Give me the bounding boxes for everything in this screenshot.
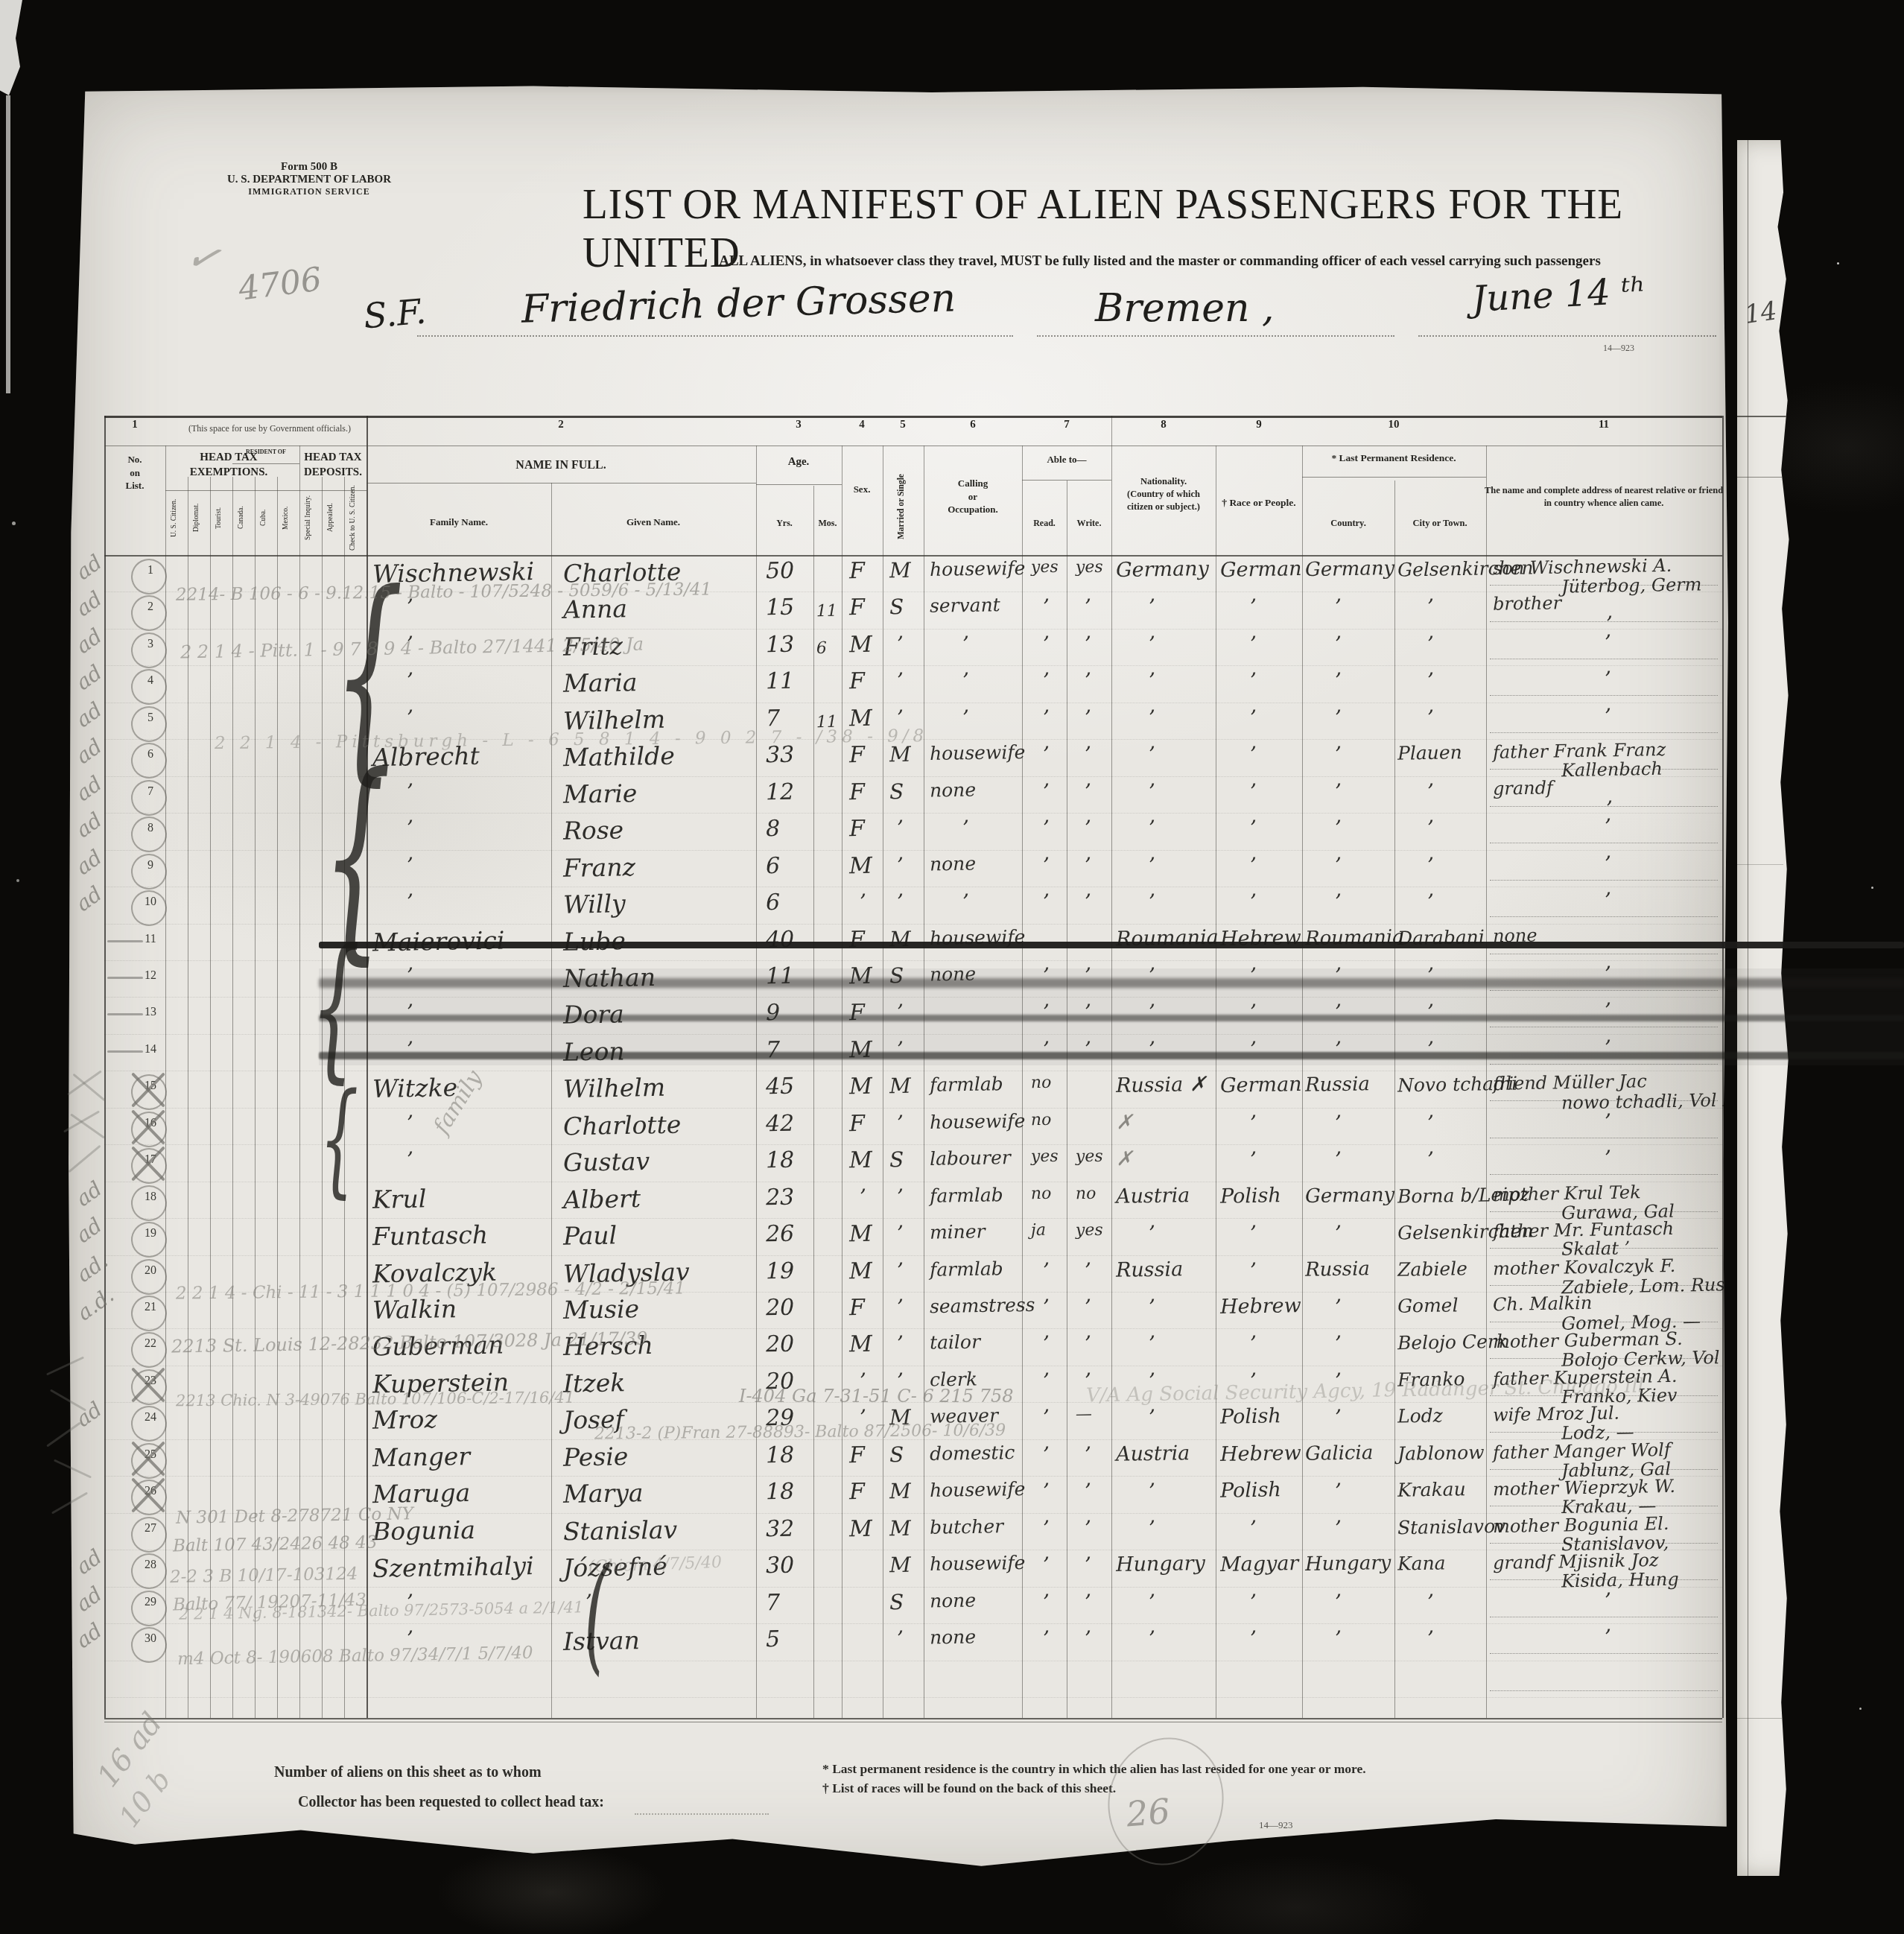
cell-f: ’ xyxy=(407,1111,413,1135)
cell-g: Lube xyxy=(563,926,626,956)
cell-wr: ’ xyxy=(1085,1258,1091,1282)
cell-r1: none xyxy=(1493,925,1538,946)
cell-sx: ’ xyxy=(860,1369,866,1393)
cell-co: ’ xyxy=(1335,1626,1342,1651)
cell-wr: — xyxy=(1076,1405,1092,1424)
header-no-list: No. on List. xyxy=(112,453,157,492)
cell-f: Funtasch xyxy=(372,1220,489,1252)
ship-name-line xyxy=(417,335,1013,337)
header-write: Write. xyxy=(1068,517,1110,529)
cell-sx: F xyxy=(849,926,865,952)
manifest-row: 26MarugaMarya18FMhousewife’’’Polish’Krak… xyxy=(69,1476,1730,1513)
cell-ci: ’ xyxy=(1427,1147,1434,1172)
cell-g: Willy xyxy=(563,889,626,919)
cell-ra: ’ xyxy=(1250,1516,1257,1541)
cell-co: Russia xyxy=(1305,1258,1370,1281)
cell-ms: ’ xyxy=(897,1185,904,1209)
margin-note: ad xyxy=(72,697,107,732)
rule-line xyxy=(1302,477,1486,478)
cell-ms: ’ xyxy=(897,1221,904,1246)
cell-y: 15 xyxy=(766,595,795,621)
cell-sx: M xyxy=(849,1147,872,1174)
cell-ms: S xyxy=(889,595,904,619)
cell-wr: ’ xyxy=(1085,1295,1091,1319)
cell-ra: ’ xyxy=(1250,1037,1257,1062)
cell-y: 11 xyxy=(766,668,795,695)
manifest-row: 2ad’Anna1511FSservant’’’’’’brother’ xyxy=(69,592,1730,629)
cell-f: Krul xyxy=(372,1184,427,1214)
cell-ms: M xyxy=(889,742,911,767)
header-name-full: NAME IN FULL. xyxy=(449,457,673,474)
manifest-row: 22GubermanHersch20M’tailor’’’’’Belojo Ce… xyxy=(69,1328,1730,1366)
cell-na: ’ xyxy=(1149,1221,1155,1246)
cell-g: Stanislav xyxy=(563,1515,678,1546)
cell-ci: Lodz xyxy=(1397,1405,1443,1427)
cell-na: ’ xyxy=(1149,779,1155,804)
cell-c: ’ xyxy=(962,890,969,914)
cell-y: 11 xyxy=(766,963,795,990)
cell-rd: ’ xyxy=(1043,779,1050,804)
cell-f: Bogunia xyxy=(372,1515,476,1545)
cell-g: Wladyslav xyxy=(563,1257,690,1288)
cell-sx: M xyxy=(849,1515,872,1542)
header-exemption-sub: Diplomat. xyxy=(193,484,200,551)
column-number: 7 xyxy=(1052,419,1082,431)
cell-c: housewife xyxy=(930,925,1026,948)
cell-wr: ’ xyxy=(1085,1626,1091,1651)
cell-rd: ’ xyxy=(1043,1369,1050,1393)
margin-note: ad xyxy=(72,881,107,916)
cell-c: none xyxy=(930,1589,977,1611)
cell-ci: ’ xyxy=(1427,1111,1434,1135)
cell-f: ’ xyxy=(407,595,413,619)
cell-y: 8 xyxy=(766,816,781,842)
cell-r1: ’ xyxy=(1605,888,1611,913)
cell-f: Maierovici xyxy=(372,925,505,957)
cell-ra: Magyar xyxy=(1220,1552,1299,1576)
cell-ra: Hebrew xyxy=(1220,926,1301,951)
cell-na: ’ xyxy=(1149,1295,1155,1319)
rule-line xyxy=(104,1722,1722,1722)
cell-f: Szentmihalyi xyxy=(372,1551,534,1583)
footer-note-left-2: Collector has been requested to collect … xyxy=(298,1794,604,1811)
cell-na: ’ xyxy=(1149,1590,1155,1614)
cell-sx: F xyxy=(849,668,865,694)
cell-y: 50 xyxy=(766,558,795,585)
cell-f: Witzke xyxy=(372,1073,458,1103)
cell-sx: F xyxy=(849,742,865,768)
manifest-row: 27BoguniaStanislav32MMbutcher’’’’’Stanis… xyxy=(69,1513,1730,1550)
cell-rd: ’ xyxy=(1043,742,1050,767)
crossed-out-dash xyxy=(107,940,143,942)
next-page-rule xyxy=(1737,1718,1782,1719)
cell-na: Austria xyxy=(1116,1442,1190,1466)
cell-y: 42 xyxy=(766,1110,795,1137)
manifest-row: 24adMrozJosef29’Mweaver’—’Polish’Lodzwif… xyxy=(69,1402,1730,1439)
cell-g: Dora xyxy=(563,1000,624,1030)
cell-g: Wilhelm xyxy=(563,705,666,735)
cell-r1: ’ xyxy=(1605,998,1611,1023)
cell-rd: ’ xyxy=(1043,668,1050,693)
cell-ms: ’ xyxy=(897,1331,904,1356)
cell-ra: ’ xyxy=(1250,890,1257,914)
column-number: 11 xyxy=(1589,419,1619,431)
cell-f: ’ xyxy=(407,890,413,914)
cell-f: Walkin xyxy=(372,1294,457,1325)
cell-sx: M xyxy=(849,706,872,732)
header-exemption-sub: Canada. xyxy=(238,484,245,551)
row-separator xyxy=(104,1697,1722,1698)
cell-ra: ’ xyxy=(1250,1626,1257,1651)
cell-y: 20 xyxy=(766,1331,795,1358)
cell-co: ’ xyxy=(1335,816,1342,840)
cell-c: none xyxy=(930,963,977,985)
cell-wr: ’ xyxy=(1085,1590,1091,1614)
cell-co: Germany xyxy=(1305,557,1395,581)
row-number: 11 xyxy=(139,933,162,946)
cell-c: weaver xyxy=(930,1405,998,1428)
cell-y: 26 xyxy=(766,1221,795,1248)
cell-ra: ’ xyxy=(1250,779,1257,804)
form-number-block: Form 500 B U. S. DEPARTMENT OF LABOR IMM… xyxy=(216,161,402,197)
header-relative: The name and complete address of nearest… xyxy=(1477,484,1730,510)
cell-ra: Hebrew xyxy=(1220,1442,1301,1466)
cell-na: ’ xyxy=(1149,963,1155,988)
cell-g: Itzek xyxy=(563,1368,626,1398)
cell-na: ’ xyxy=(1149,1626,1155,1651)
film-edge-artifact xyxy=(1871,887,1873,889)
header-read: Read. xyxy=(1024,517,1065,529)
film-edge-artifact xyxy=(1837,262,1839,264)
header-mos: Mos. xyxy=(809,517,846,529)
cell-ms: ’ xyxy=(897,1037,904,1062)
cell-ra: ’ xyxy=(1250,632,1257,656)
cell-wr: ’ xyxy=(1085,853,1091,878)
cell-ci: Gomel xyxy=(1397,1294,1459,1316)
cell-na: ’ xyxy=(1149,1516,1155,1541)
cell-wr: ’ xyxy=(1085,1553,1091,1577)
cell-wr: ’ xyxy=(1085,1037,1091,1062)
cell-wr: ’ xyxy=(1085,1442,1091,1467)
cell-rd: ’ xyxy=(1043,1626,1050,1651)
cell-ci: ’ xyxy=(1427,853,1434,878)
film-edge-artifact xyxy=(0,0,22,95)
margin-note: ad xyxy=(72,550,107,585)
row-number: 13 xyxy=(139,1006,162,1019)
cell-c: none xyxy=(930,1626,977,1649)
cell-na: Roumania xyxy=(1116,925,1219,950)
cell-c: farmlab xyxy=(930,1073,1003,1096)
header-exemption-sub: Mexico. xyxy=(282,484,290,551)
manifest-row: 28adSzentmihalyiJózsefné30Mhousewife’’Hu… xyxy=(69,1550,1730,1587)
manifest-sheet: Form 500 B U. S. DEPARTMENT OF LABOR IMM… xyxy=(69,83,1728,1880)
cell-ci: ’ xyxy=(1427,1626,1434,1651)
cell-y: 9 xyxy=(766,1000,781,1026)
margin-note: ad xyxy=(72,734,107,769)
cell-rd: ’ xyxy=(1043,1405,1050,1430)
cell-r1: ’ xyxy=(1605,852,1611,876)
cell-c: ’ xyxy=(962,816,969,840)
cell-r1: ’ xyxy=(1605,1109,1611,1134)
cell-ci: ’ xyxy=(1427,1037,1434,1062)
cell-na: ’ xyxy=(1149,1000,1155,1024)
cell-ra: ’ xyxy=(1250,1147,1257,1172)
column-number: 10 xyxy=(1379,419,1409,431)
row-number-circle xyxy=(127,1623,171,1667)
cell-f: ’ xyxy=(407,1037,413,1062)
cell-sx: M xyxy=(849,1037,872,1064)
cell-rd: ’ xyxy=(1043,853,1050,878)
cell-c: ’ xyxy=(962,706,969,730)
cell-co: ’ xyxy=(1335,1295,1342,1319)
cell-sx: F xyxy=(849,1442,865,1468)
cell-wr: ’ xyxy=(1085,1369,1091,1393)
cell-f: Mroz xyxy=(372,1405,437,1436)
cell-y: 40 xyxy=(766,926,795,953)
cell-y: 45 xyxy=(766,1074,795,1100)
margin-note: ad xyxy=(72,1213,107,1248)
manifest-row: 7ad’Marie12FSnone’’’’’’grandf’ xyxy=(69,776,1730,814)
cell-y: 5 xyxy=(766,1626,781,1652)
cell-rd: ’ xyxy=(1043,816,1050,840)
cell-y: 32 xyxy=(766,1515,795,1542)
cell-na: Germany xyxy=(1116,557,1209,582)
rule-line xyxy=(756,484,842,485)
cell-ra: ’ xyxy=(1250,963,1257,988)
cell-y: 19 xyxy=(766,1258,795,1284)
cell-sx: M xyxy=(849,1258,872,1284)
manifest-row: 25MangerPesie18FSdomestic’’AustriaHebrew… xyxy=(69,1439,1730,1477)
cell-sx: F xyxy=(849,558,865,584)
cell-sx: F xyxy=(849,779,865,805)
cell-ci: Jablonow xyxy=(1397,1442,1485,1465)
cell-co: Roumania xyxy=(1305,925,1404,949)
cell-ci: ’ xyxy=(1427,1000,1434,1024)
column-number: 6 xyxy=(958,419,988,431)
cell-wr: ’ xyxy=(1085,816,1091,840)
cell-wr: ’ xyxy=(1085,779,1091,804)
cell-f: ’ xyxy=(407,1147,413,1172)
cell-c: ’ xyxy=(962,632,969,656)
manifest-row: 17’Gustav18MSlaboureryesyes✗’’’’ xyxy=(69,1144,1730,1182)
cell-sx: F xyxy=(849,816,865,842)
cell-f: ’ xyxy=(407,1590,413,1614)
cell-wr: ’ xyxy=(1085,742,1091,767)
cell-wr: yes xyxy=(1076,558,1103,577)
cell-ci: ’ xyxy=(1427,890,1434,914)
cell-y: 33 xyxy=(766,742,795,769)
cell-ms: M xyxy=(889,926,911,951)
header-age: Age. xyxy=(769,454,828,469)
header-country: Country. xyxy=(1307,517,1389,530)
cell-g: Marya xyxy=(563,1478,644,1509)
cell-ms: M xyxy=(889,558,911,583)
cell-y: 18 xyxy=(766,1147,795,1174)
cell-ms: S xyxy=(889,779,904,804)
cell-ms: ’ xyxy=(897,1111,904,1135)
cell-co: ’ xyxy=(1335,1331,1342,1356)
cell-na: ’ xyxy=(1149,706,1155,730)
cell-r1: ’ xyxy=(1605,667,1611,691)
cell-rd: ’ xyxy=(1043,1442,1050,1467)
cell-co: ’ xyxy=(1335,890,1342,914)
cell-sx: F xyxy=(849,595,865,621)
family-group-brace: { xyxy=(311,929,361,1085)
manifest-row: 9ad’Franz6M’none’’’’’’’ xyxy=(69,850,1730,887)
cell-c: none xyxy=(930,852,977,875)
manifest-row: 23KupersteinItzek20’’clerk’’’’’Frankofat… xyxy=(69,1366,1730,1403)
cell-ra: ’ xyxy=(1250,1258,1257,1282)
header-exemption-sub: Cuba. xyxy=(260,484,267,551)
cell-na: ’ xyxy=(1149,816,1155,840)
cell-f: ’ xyxy=(407,853,413,878)
cell-mo: 11 xyxy=(816,713,837,732)
cell-ms: ’ xyxy=(897,1369,904,1393)
cell-y: 7 xyxy=(766,1037,781,1063)
cell-y: 23 xyxy=(766,1184,795,1211)
manifest-row: 19adFuntaschPaul26M’minerjayes’’’Gelsenk… xyxy=(69,1218,1730,1255)
cell-y: 7 xyxy=(766,706,781,732)
cell-f: Maruga xyxy=(372,1478,471,1509)
row-number: 14 xyxy=(139,1043,162,1056)
header-sex: Sex. xyxy=(840,483,884,496)
cell-ci: ’ xyxy=(1427,963,1434,988)
cell-ms: S xyxy=(889,1147,904,1172)
cell-na: ’ xyxy=(1149,1037,1155,1062)
manifest-row: 29ad’’7Snone’’’’’’’ xyxy=(69,1587,1730,1624)
ss-prefix: S.F. xyxy=(362,291,428,336)
cell-ra: ’ xyxy=(1250,1331,1257,1356)
gov-space-note: (This space for use by Government offici… xyxy=(173,423,366,434)
row-number: 12 xyxy=(139,969,162,983)
header-exemption-sub: U. S. Citizen. xyxy=(171,484,178,551)
cell-na: ’ xyxy=(1149,1331,1155,1356)
cell-r1: grandf xyxy=(1493,777,1553,799)
cell-na: ’ xyxy=(1149,668,1155,693)
cell-sx: ’ xyxy=(860,1405,866,1430)
cell-rd: yes xyxy=(1031,558,1059,577)
header-yrs: Yrs. xyxy=(762,517,807,529)
cell-g: Marie xyxy=(563,779,638,809)
cell-sx: M xyxy=(849,852,872,879)
cell-rd: no xyxy=(1031,1074,1052,1092)
cell-ra: ’ xyxy=(1250,1111,1257,1135)
cell-wr: ’ xyxy=(1085,1516,1091,1541)
cell-c: servant xyxy=(930,595,1000,618)
cell-g: Józsefné xyxy=(563,1552,668,1582)
cell-rd: ’ xyxy=(1043,1258,1050,1282)
cell-na: ’ xyxy=(1149,1405,1155,1430)
margin-note: ad xyxy=(72,586,107,621)
cell-c: housewife xyxy=(930,1552,1026,1575)
cell-ra: ’ xyxy=(1250,853,1257,878)
cell-co: ’ xyxy=(1335,1590,1342,1614)
cell-g: Gustav xyxy=(563,1147,650,1177)
header-deposit-sub: Special Inquiry. xyxy=(305,484,312,551)
plate-code-bottom: 14—923 xyxy=(1259,1819,1293,1831)
form-department: U. S. DEPARTMENT OF LABOR xyxy=(216,174,402,186)
cell-r1: ’ xyxy=(1605,814,1611,839)
cell-sx: F xyxy=(849,1479,865,1505)
cell-sx: M xyxy=(849,1074,872,1100)
header-family: Family Name. xyxy=(399,516,518,529)
cell-co: ’ xyxy=(1335,1405,1342,1430)
cell-f: ’ xyxy=(407,632,413,656)
cell-rd: ’ xyxy=(1043,1516,1050,1541)
cell-rd: ’ xyxy=(1043,595,1050,619)
cell-ra: ’ xyxy=(1250,706,1257,730)
cell-wr: ’ xyxy=(1085,1479,1091,1503)
cell-c: housewife xyxy=(930,741,1026,764)
cell-r1: brother xyxy=(1493,593,1562,615)
cell-y: 30 xyxy=(766,1553,795,1579)
cell-na: ’ xyxy=(1149,853,1155,878)
cell-co: ’ xyxy=(1335,668,1342,693)
cell-ci: Zabiele xyxy=(1397,1258,1467,1281)
cell-rd: no xyxy=(1031,1111,1052,1129)
film-edge-artifact xyxy=(6,95,10,393)
cell-ms: ’ xyxy=(897,1258,904,1282)
column-number: 5 xyxy=(888,419,918,431)
cell-c: domestic xyxy=(930,1442,1015,1465)
cell-r1: ’ xyxy=(1605,1146,1611,1170)
family-group-brace: ( xyxy=(584,1551,609,1678)
cell-f: ’ xyxy=(407,1626,413,1651)
manifest-row: 4ad’Maria11F’’’’’’’’’ xyxy=(69,665,1730,703)
cell-c: housewife xyxy=(930,1478,1026,1501)
cell-wr: ’ xyxy=(1085,706,1091,730)
manifest-row: 20ad.KovalczykWladyslav19M’farmlab’’Russ… xyxy=(69,1255,1730,1293)
next-page-rule xyxy=(1737,477,1785,478)
margin-note: ad xyxy=(72,1176,107,1211)
cell-y: 29 xyxy=(766,1405,795,1432)
header-given: Given Name. xyxy=(594,516,713,529)
cell-ra: Polish xyxy=(1220,1184,1281,1208)
cell-rd: ’ xyxy=(1043,1590,1050,1614)
film-edge-artifact xyxy=(1859,1708,1862,1710)
cell-r1: ’ xyxy=(1605,1625,1611,1649)
cell-rd: ’ xyxy=(1043,1037,1050,1062)
cell-ms: ’ xyxy=(897,890,904,914)
cell-ms: ’ xyxy=(897,668,904,693)
cell-c: none xyxy=(930,779,977,801)
cell-g: Musie xyxy=(563,1294,640,1325)
ship-name: Friedrich der Grossen xyxy=(521,276,956,332)
cell-na: ✗ xyxy=(1116,1147,1133,1170)
cell-f: Manger xyxy=(372,1442,471,1472)
header-married-or-single: Married or Single xyxy=(897,460,906,553)
cell-g: Pesie xyxy=(563,1442,629,1472)
cell-ra: German xyxy=(1220,1073,1302,1097)
margin-note: ad xyxy=(72,624,107,659)
header-deposit-sub: Appealed. xyxy=(327,484,334,551)
header-lastperm: * Last Permanent Residence. xyxy=(1304,451,1483,465)
cell-co: ’ xyxy=(1335,706,1342,730)
next-page-margin-line xyxy=(1748,140,1748,1876)
cell-y: 20 xyxy=(766,1295,795,1322)
cell-f: ’ xyxy=(407,779,413,804)
cell-c: miner xyxy=(930,1220,986,1243)
cell-ra: ’ xyxy=(1250,595,1257,619)
cell-ra: German xyxy=(1220,557,1302,582)
margin-note: ad xyxy=(72,808,107,843)
cell-ms: M xyxy=(889,1074,911,1098)
cell-y: 12 xyxy=(766,779,795,805)
margin-note: ad xyxy=(72,1618,107,1653)
cell-ci: ’ xyxy=(1427,595,1434,619)
cell-co: ’ xyxy=(1335,595,1342,619)
cell-g: Paul xyxy=(563,1220,618,1250)
